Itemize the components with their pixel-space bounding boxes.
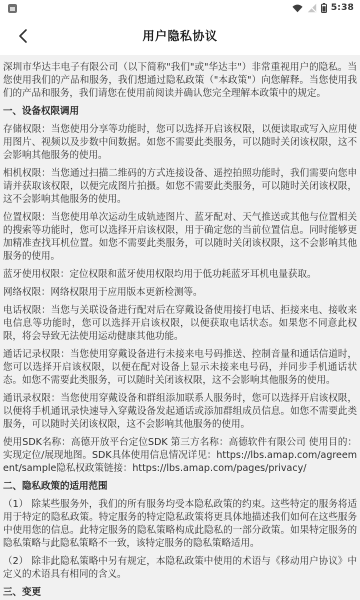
- page-title: 用户隐私协议: [142, 27, 217, 44]
- policy-paragraph: 网络权限：网络权限用于应用版本更新检测等。: [3, 286, 357, 299]
- policy-paragraph: 电话权限：当您与关联设备进行配对后在穿戴设备使用接打电话、拒接来电、接收来电信息…: [3, 304, 357, 343]
- policy-paragraph: 存储权限：当您使用分享等功能时，您可以选择开启该权限，以便读取或写入应用使用图片…: [3, 123, 357, 162]
- no-cellular-signal-icon: [307, 3, 317, 13]
- policy-paragraph: 深圳市华达丰电子有限公司（以下简称"我们"或"华达丰"）非常重视用户的隐私。当您…: [3, 61, 357, 100]
- status-bar-right: 5:38: [292, 3, 354, 13]
- policy-paragraph: 使用SDK名称：高德开放平台定位SDK 第三方名称：高德软件有限公司 使用目的：…: [3, 436, 357, 475]
- wifi-icon: [292, 3, 303, 13]
- section-heading: 三、变更: [3, 586, 357, 599]
- status-bar-time: 5:38: [331, 3, 354, 13]
- policy-paragraph: 通话记录权限：当您使用穿戴设备进行未接来电号码推送、控制音量和通话信道时，您可以…: [3, 348, 357, 387]
- policy-paragraph: （2） 除非此隐私策略中另有规定，本隐私政策中使用的术语与《移动用户协议》中定义…: [3, 555, 357, 581]
- screenshot-thumbnail-icon: [8, 4, 17, 13]
- status-bar: 5:38: [0, 0, 360, 16]
- back-button[interactable]: [10, 23, 36, 49]
- policy-paragraph: 相机权限：当您通过扫描二维码的方式连接设备、遥控拍照功能时，我们需要向您申请并获…: [3, 167, 357, 206]
- chevron-left-icon: [18, 28, 28, 44]
- policy-paragraph: （1） 除某些服务外，我们的所有服务均受本隐私政策的约束。这些特定的服务将适用于…: [3, 498, 357, 550]
- status-bar-left: [8, 4, 17, 13]
- policy-paragraph: 位置权限：当您使用单次运动生成轨迹图片、蓝牙配对、天气推送或其他与位置相关的搜索…: [3, 211, 357, 263]
- policy-paragraph: 蓝牙使用权限：定位权限和蓝牙使用权限均用于低功耗蓝牙耳机电量获取。: [3, 268, 357, 281]
- policy-content[interactable]: 深圳市华达丰电子有限公司（以下简称"我们"或"华达丰"）非常重视用户的隐私。当您…: [0, 55, 360, 600]
- battery-icon: [321, 3, 327, 13]
- section-heading: 一、设备权限调用: [3, 105, 357, 118]
- header: 用户隐私协议: [0, 16, 360, 55]
- policy-paragraph: 通讯录权限：当您使用穿戴设备和群组添加联系人服务时，您可以选择开启该权限，以便将…: [3, 392, 357, 431]
- section-heading: 二、隐私政策的适用范围: [3, 480, 357, 493]
